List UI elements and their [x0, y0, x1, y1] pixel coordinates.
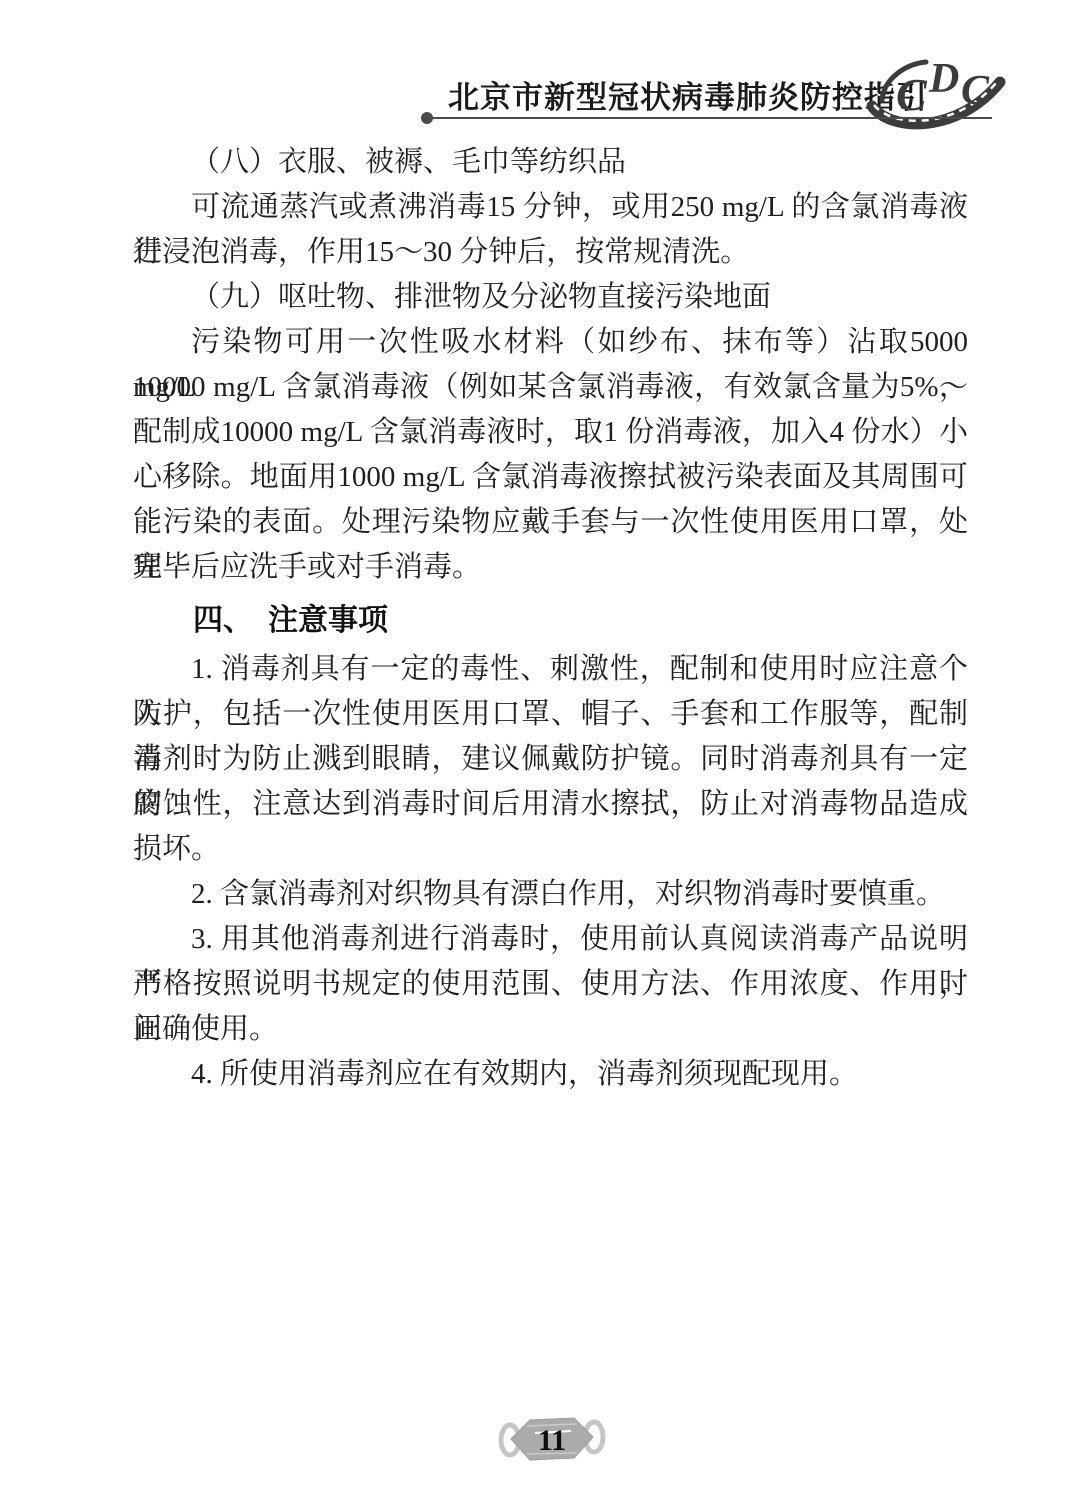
logo-letter-c2: C — [961, 68, 990, 114]
text-line: 2. 含氯消毒剂对织物具有漂白作用，对织物消毒时要慎重。 — [133, 872, 968, 917]
text-line: 损坏。 — [133, 827, 968, 872]
text-line: （八）衣服、被褥、毛巾等纺织品 — [133, 140, 968, 185]
cdc-logo-icon: C D C — [866, 48, 1014, 136]
text-line: 防护，包括一次性使用医用口罩、帽子、手套和工作服等，配制消 — [133, 692, 968, 737]
text-line: 正确使用。 — [133, 1007, 968, 1052]
text-line: 完毕后应洗手或对手消毒。 — [133, 545, 968, 590]
text-line: 配制成10000 mg/L 含氯消毒液时，取1 份消毒液，加入4 份水）小 — [133, 410, 968, 455]
text-line: 行浸泡消毒，作用15～30 分钟后，按常规清洗。 — [133, 230, 968, 275]
document-page: 北京市新型冠状病毒肺炎防控指引 C D C （八）衣服、被褥、毛巾等纺织品可流通… — [0, 0, 1080, 1504]
text-line: 能污染的表面。处理污染物应戴手套与一次性使用医用口罩，处理 — [133, 500, 968, 545]
face-mask-icon: 11 — [497, 1408, 607, 1470]
text-line: （九）呕吐物、排泄物及分泌物直接污染地面 — [133, 275, 968, 320]
text-line: 心移除。地面用1000 mg/L 含氯消毒液擦拭被污染表面及其周围可 — [133, 455, 968, 500]
document-body: （八）衣服、被褥、毛巾等纺织品可流通蒸汽或煮沸消毒15 分钟，或用250 mg/… — [133, 140, 968, 1097]
logo-letter-c1: C — [896, 69, 928, 120]
logo-letter-d: D — [928, 56, 959, 102]
text-line: 污染物可用一次性吸水材料（如纱布、抹布等）沾取5000 mg/L～ — [133, 320, 968, 365]
text-line: 1. 消毒剂具有一定的毒性、刺激性，配制和使用时应注意个人 — [133, 647, 968, 692]
text-line: 可流通蒸汽或煮沸消毒15 分钟，或用250 mg/L 的含氯消毒液进 — [133, 185, 968, 230]
header-title: 北京市新型冠状病毒肺炎防控指引 — [448, 72, 928, 117]
page-number: 11 — [538, 1424, 566, 1457]
text-line: 3. 用其他消毒剂进行消毒时，使用前认真阅读消毒产品说明书， — [133, 917, 968, 962]
text-line: 4. 所使用消毒剂应在有效期内，消毒剂须现配现用。 — [133, 1052, 968, 1097]
section-heading: 四、 注意事项 — [133, 598, 968, 643]
header-rule-dot — [421, 112, 433, 124]
text-line: 10000 mg/L 含氯消毒液（例如某含氯消毒液，有效氯含量为5%， — [133, 365, 968, 410]
text-line: 严格按照说明书规定的使用范围、使用方法、作用浓度、作用时间 — [133, 962, 968, 1007]
text-line: 毒剂时为防止溅到眼睛，建议佩戴防护镜。同时消毒剂具有一定的 — [133, 737, 968, 782]
header-rule — [427, 117, 992, 119]
text-line: 腐蚀性，注意达到消毒时间后用清水擦拭，防止对消毒物品造成 — [133, 782, 968, 827]
